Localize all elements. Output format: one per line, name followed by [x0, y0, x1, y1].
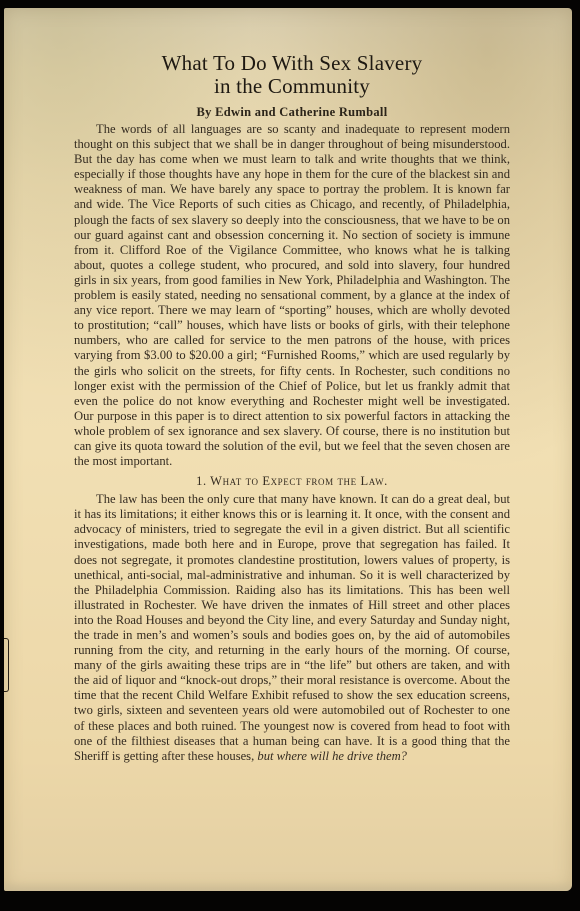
section-heading-law: 1. What to Expect from the Law. [74, 473, 510, 489]
section-law-text: The law has been the only cure that many… [74, 492, 510, 763]
article: What To Do With Sex Slavery in the Commu… [74, 52, 510, 764]
intro-paragraph: The words of all languages are so scanty… [74, 122, 510, 469]
section-law-italic-ending: but where will he drive them? [257, 749, 407, 763]
title-line-1: What To Do With Sex Slavery [162, 51, 423, 75]
byline: By Edwin and Catherine Rumball [74, 104, 510, 120]
title-line-2: in the Community [214, 74, 370, 98]
margin-bracket-mark [4, 638, 9, 692]
scanned-page-view: What To Do With Sex Slavery in the Commu… [0, 0, 580, 911]
section-law-paragraph: The law has been the only cure that many… [74, 492, 510, 764]
article-title: What To Do With Sex Slavery in the Commu… [74, 52, 510, 98]
